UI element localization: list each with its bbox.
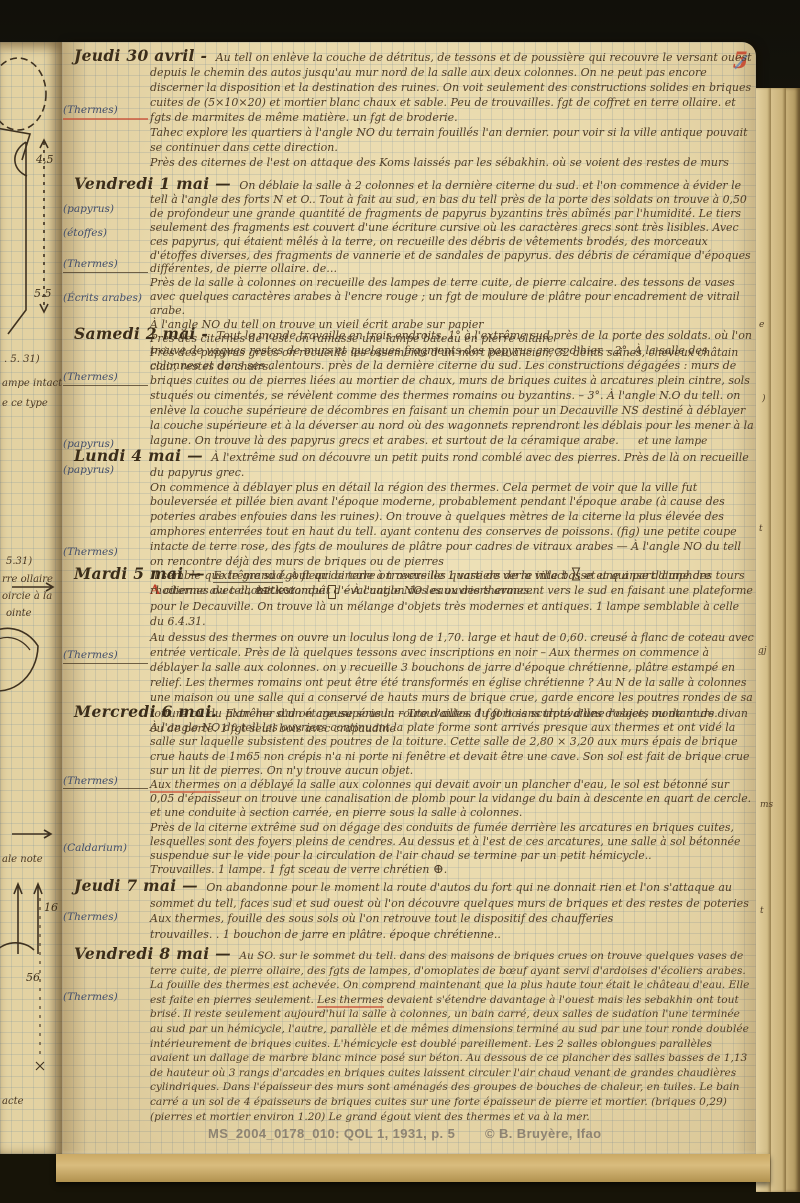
margin-note-fragment: acte: [2, 1096, 24, 1108]
underlying-page-edge: [56, 1154, 770, 1182]
entry-date: Mercredi 6 mai.: [74, 702, 222, 721]
entry-paragraph: Jeudi 7 mai — On abandonne pour le momen…: [150, 878, 754, 911]
entry-paragraph: Trouvailles. 1 lampe. 1 fgt sceau de ver…: [150, 863, 754, 877]
measure-note: 4,5: [36, 154, 54, 166]
entry-paragraph: Près des citernes de l'est on attaque de…: [150, 155, 754, 170]
margin-note-fragment: 5.31): [6, 556, 32, 568]
margin-label-papyrus: (papyrus): [63, 463, 148, 478]
entry-date: Vendredi 8 mai —: [74, 944, 236, 963]
margin-label-caldarium: (Caldarium): [63, 841, 148, 855]
ink-fragment: gj: [758, 646, 767, 656]
measure-note: 16: [44, 902, 58, 914]
entry-jeudi-7-mai: (Thermes) Jeudi 7 mai — On abandonne pou…: [150, 878, 754, 942]
entry-paragraph: trouvailles. . 1 bouchon de jarre en plâ…: [150, 927, 754, 943]
copyright-credit: © B. Bruyère, Ifao: [485, 1126, 601, 1141]
entry-paragraph: Jeudi 30 avril - Au tell on enlève la co…: [150, 48, 754, 125]
margin-label-thermes: (Thermes): [63, 910, 148, 926]
ink-fragment: t: [760, 906, 764, 916]
entry-paragraph: Vendredi 8 mai — Au SO. sur le sommet du…: [150, 946, 754, 1124]
ink-fragment: ): [762, 394, 766, 404]
entry-vendredi-8-mai: (Thermes) Vendredi 8 mai — Au SO. sur le…: [150, 946, 754, 1124]
entry-paragraph: Près de la citerne extrême sud on dégage…: [150, 821, 754, 864]
margin-label-ecrits-arabes: (Écrits arabes): [63, 292, 148, 306]
margin-note-fragment: ampe intacte: [2, 378, 68, 390]
interline-note: et une lampe: [638, 434, 707, 449]
margin-label-thermes: (Thermes): [63, 103, 148, 120]
margin-note-fragment: oircie à la: [2, 591, 52, 603]
entry-text: . À fleur de terre on recueille 1 vase d…: [283, 569, 567, 582]
entry-date: Vendredi 1 mai —: [74, 174, 236, 193]
entry-text: devaient s'étendre davantage à l'ouest m…: [150, 994, 749, 1123]
entry-text: On abandonne pour le moment la route d'a…: [150, 881, 749, 910]
entry-date: Mardi 5 mai —: [74, 564, 210, 583]
entry-text: Au tell on enlève la couche de détritus,…: [150, 51, 752, 124]
glass-vase-icon: [571, 567, 581, 581]
margin-label-papyrus: (papyrus): [63, 203, 148, 217]
entry-date: Jeudi 30 avril -: [74, 46, 212, 65]
entry-paragraph: Mardi 5 mai — Extrême sud. À fleur de te…: [150, 566, 754, 630]
margin-label-thermes: (Thermes): [63, 648, 148, 664]
margin-note-fragment: e ce type: [2, 398, 48, 410]
entry-paragraph: Près de la salle à colonnes on recueille…: [150, 276, 754, 318]
ink-fragment: t: [759, 524, 763, 534]
entry-date: Jeudi 7 mai —: [74, 876, 203, 895]
entry-paragraph: À l'angle NO du tell les ouvriers contin…: [150, 721, 754, 778]
margin-label-thermes: (Thermes): [63, 370, 148, 386]
entry-paragraph: Tahec explore les quartiers à l'angle NO…: [150, 125, 754, 155]
entry-text: On déblaie la salle à 2 colonnes et la d…: [150, 179, 751, 275]
entry-paragraph: Vendredi 1 mai — On déblaie la salle à 2…: [150, 176, 754, 276]
margin-label-thermes: (Thermes): [63, 545, 148, 560]
entry-paragraph: Samedi 2 mai - Tout le monde travaille e…: [150, 326, 754, 448]
entry-paragraph: Lundi 4 mai — À l'extrême sud on découvr…: [150, 448, 754, 481]
margin-label-thermes: (Thermes): [63, 258, 148, 273]
entry-text: .: [444, 863, 447, 876]
page-stack-edge: e ) t gj ms t: [756, 88, 800, 1192]
scanned-notebook-photo: { "page": { "number": "5" }, "footer": {…: [0, 0, 800, 1203]
archive-id-caption: MS_2004_0178_010: QOL 1, 1931, p. 5: [208, 1126, 455, 1141]
journal-page: 5 (Thermes) Jeudi 30 avril - Au tell on …: [62, 42, 756, 1154]
entry-text: on a déblayé la salle aux colonnes qui d…: [150, 778, 751, 819]
entry-paragraph: Aux thermes on a déblayé la salle aux co…: [150, 778, 754, 821]
underlined-text: Extrême sud: [213, 569, 283, 583]
entry-jeudi-30-avril: (Thermes) Jeudi 30 avril - Au tell on en…: [150, 48, 754, 170]
measure-note: 56: [26, 972, 40, 984]
underlined-text: Aux thermes: [150, 778, 220, 793]
margin-label-etoffes: (étoffes): [63, 227, 148, 241]
entry-paragraph: On commence à déblayer plus en détail la…: [150, 481, 754, 570]
margin-note-fragment: ale note: [2, 854, 43, 866]
margin-note-fragment: . 5. 31): [4, 354, 40, 366]
page-edge-band: [756, 88, 771, 1192]
margin-label-thermes: (Thermes): [63, 990, 148, 1005]
entry-date: Samedi 2 mai -: [74, 324, 213, 343]
entry-text: Trouvailles. 1 lampe. 1 fgt sceau de ver…: [150, 863, 429, 876]
underlined-text: Les thermes: [317, 994, 383, 1008]
entry-paragraph: Aux thermes, fouille des sous sols où l'…: [150, 911, 754, 927]
page-edge-band: [771, 88, 786, 1192]
entry-samedi-2-mai: (Thermes) (papyrus) Samedi 2 mai - Tout …: [150, 326, 754, 448]
ink-fragment: e: [759, 320, 764, 330]
ink-fragment: ms: [760, 800, 773, 810]
margin-label-thermes: (Thermes): [63, 774, 148, 789]
entry-text: Extrême sud on creuse sous la route d'au…: [226, 707, 718, 720]
chrismon-seal-icon: ⊕: [433, 862, 444, 877]
margin-note-fragment: rre ollaire: [2, 574, 53, 586]
entry-paragraph: Mercredi 6 mai. Extrême sud on creuse so…: [150, 704, 754, 721]
entry-mercredi-6-mai: (Thermes) (Caldarium) Mercredi 6 mai. Ex…: [150, 704, 754, 877]
entry-text: À l'extrême sud on découvre un petit pui…: [150, 451, 749, 479]
entry-text: Tout le monde travaille en trois endroit…: [150, 329, 754, 447]
margin-note-fragment: ointe: [6, 608, 32, 620]
page-edge-band: [786, 88, 800, 1192]
measure-note: 5.5: [34, 288, 52, 300]
facing-page-edge: 4,5 5.5 . 5. 31) ampe intacte e ce type …: [0, 42, 62, 1154]
